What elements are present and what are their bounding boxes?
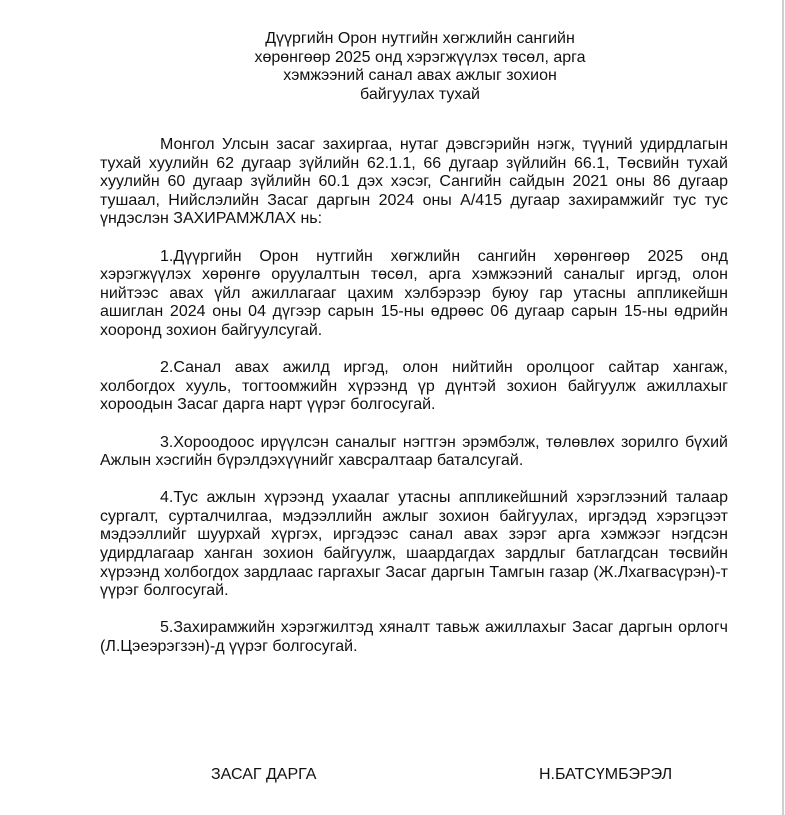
- document-page: Дүүргийн Орон нутгийн хөгжлийн сангийн х…: [0, 0, 784, 815]
- item-1-paragraph: 1.Дүүргийн Орон нутгийн хөгжлийн сангийн…: [100, 248, 728, 341]
- title-line-4: байгуулах тухай: [240, 86, 600, 105]
- item-2-paragraph: 2.Санал авах ажилд иргэд, олон нийтийн о…: [100, 359, 728, 415]
- signatory-name: Н.БАТСҮМБЭРЭЛ: [539, 766, 672, 784]
- title-line-1: Дүүргийн Орон нутгийн хөгжлийн сангийн: [240, 30, 600, 49]
- item-5-paragraph: 5.Захирамжийн хэрэгжилтэд хяналт тавьж а…: [100, 619, 728, 656]
- signatory-position: ЗАСАГ ДАРГА: [211, 766, 316, 784]
- item-3-paragraph: 3.Хороодоос ирүүлсэн саналыг нэгтгэн эрэ…: [100, 434, 728, 471]
- title-line-3: хэмжээний санал авах ажлыг зохион: [240, 67, 600, 86]
- item-4-paragraph: 4.Тус ажлын хүрээнд ухаалаг утасны аппли…: [100, 489, 728, 601]
- document-title: Дүүргийн Орон нутгийн хөгжлийн сангийн х…: [240, 30, 600, 104]
- preamble-paragraph: Монгол Улсын засаг захиргаа, нутаг дэвсг…: [100, 136, 728, 229]
- title-line-2: хөрөнгөөр 2025 онд хэрэгжүүлэх төсөл, ар…: [240, 49, 600, 68]
- document-body: Монгол Улсын засаг захиргаа, нутаг дэвсг…: [100, 136, 728, 657]
